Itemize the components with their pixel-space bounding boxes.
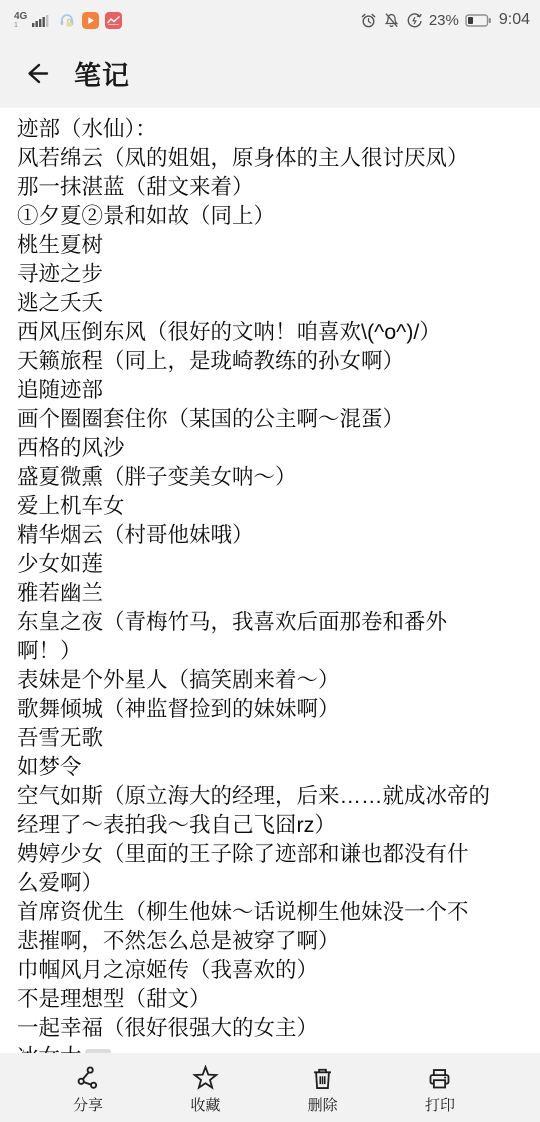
battery-percent-label: 23% — [429, 12, 459, 29]
note-line: 如梦令 — [17, 753, 523, 782]
status-left: 4G 1 — [14, 11, 122, 29]
print-label: 打印 — [425, 1094, 455, 1115]
note-line: 桃生夏树 — [17, 231, 523, 260]
note-line: 么爱啊） — [17, 869, 523, 898]
trash-icon — [309, 1065, 336, 1092]
favorite-label: 收藏 — [190, 1094, 220, 1115]
note-line: 爱上机车女 — [17, 492, 523, 521]
note-line: 追随迹部 — [17, 376, 523, 405]
sim-slot-label: 1 — [14, 22, 18, 29]
note-line: 逃之夭夭 — [17, 289, 523, 318]
note-line: 风若绵云（凤的姐姐，原身体的主人很讨厌凤） — [17, 144, 523, 173]
note-line: 表妹是个外星人（搞笑剧来着～） — [17, 666, 523, 695]
note-line: 雅若幽兰 — [17, 579, 523, 608]
share-button[interactable]: 分享 — [48, 1057, 128, 1122]
note-line: 画个圈圈套住你（某国的公主啊～混蛋） — [17, 405, 523, 434]
printer-icon — [426, 1065, 453, 1092]
bottom-toolbar: 分享 收藏 删除 打印 — [0, 1053, 540, 1122]
status-bar: 4G 1 — [0, 0, 540, 38]
share-label: 分享 — [73, 1094, 103, 1115]
note-line: 空气如斯（原立海大的经理，后来……就成冰帝的 — [17, 782, 523, 811]
note-line: 迹部（水仙）： — [17, 115, 523, 144]
share-icon — [75, 1065, 102, 1092]
note-line: 娉婷少女（里面的王子除了迹部和谦也都没有什 — [17, 840, 523, 869]
note-line: 啊！） — [17, 637, 523, 666]
note-line: 少女如莲 — [17, 550, 523, 579]
note-line: 吾雪无歌 — [17, 724, 523, 753]
note-line: 不是理想型（甜文） — [17, 985, 523, 1014]
note-line: ①夕夏②景和如故（同上） — [17, 202, 523, 231]
top-bar: 4G 1 — [0, 0, 540, 108]
note-line: 东皇之夜（青梅竹马，我喜欢后面那卷和番外 — [17, 608, 523, 637]
back-button[interactable] — [20, 58, 50, 88]
app-header: 笔记 — [0, 38, 540, 108]
phone-screen: 4G 1 — [0, 0, 540, 1122]
note-line: 歌舞倾城（神监督捡到的妹妹啊） — [17, 695, 523, 724]
network-type-label: 4G — [14, 12, 27, 22]
note-line: 首席资优生（柳生他妹～话说柳生他妹没一个不 — [17, 898, 523, 927]
note-line: 巾帼风月之凉姬传（我喜欢的） — [17, 956, 523, 985]
page-title: 笔记 — [74, 54, 130, 93]
battery-icon — [465, 13, 492, 28]
star-icon — [192, 1065, 219, 1092]
stocks-app-icon — [105, 12, 122, 29]
delete-label: 删除 — [308, 1094, 338, 1115]
clock-label: 9:04 — [499, 11, 530, 29]
note-line: 西格的风沙 — [17, 434, 523, 463]
note-line: 那一抹湛蓝（甜文来着） — [17, 173, 523, 202]
headset-lock-icon — [58, 11, 76, 29]
note-line: 一起幸福（很好很强大的女主） — [17, 1014, 523, 1043]
video-app-icon — [82, 12, 99, 29]
print-button[interactable]: 打印 — [400, 1057, 480, 1122]
delete-button[interactable]: 删除 — [283, 1057, 363, 1122]
mute-icon — [383, 12, 400, 29]
note-line: 悲摧啊，不然怎么总是被穿了啊） — [17, 927, 523, 956]
favorite-button[interactable]: 收藏 — [165, 1057, 245, 1122]
note-line: 西风压倒东风（很好的文呐！咱喜欢\(^o^)/） — [17, 318, 523, 347]
network-indicator: 4G 1 — [14, 12, 27, 29]
note-line: 精华烟云（村哥他妹哦） — [17, 521, 523, 550]
note-line: 经理了～表拍我～我自己飞囧rz） — [17, 811, 523, 840]
status-right: 23% 9:04 — [360, 11, 530, 29]
note-line: 寻迹之步 — [17, 260, 523, 289]
note-line: 盛夏微熏（胖子变美女呐～） — [17, 463, 523, 492]
power-mode-icon — [406, 12, 423, 29]
note-line: 天籁旅程（同上，是珑崎教练的孙女啊） — [17, 347, 523, 376]
alarm-icon — [360, 12, 377, 29]
note-body[interactable]: 迹部（水仙）： 风若绵云（凤的姐姐，原身体的主人很讨厌凤） 那一抹湛蓝（甜文来着… — [0, 108, 540, 1072]
signal-bars-icon — [32, 13, 52, 28]
